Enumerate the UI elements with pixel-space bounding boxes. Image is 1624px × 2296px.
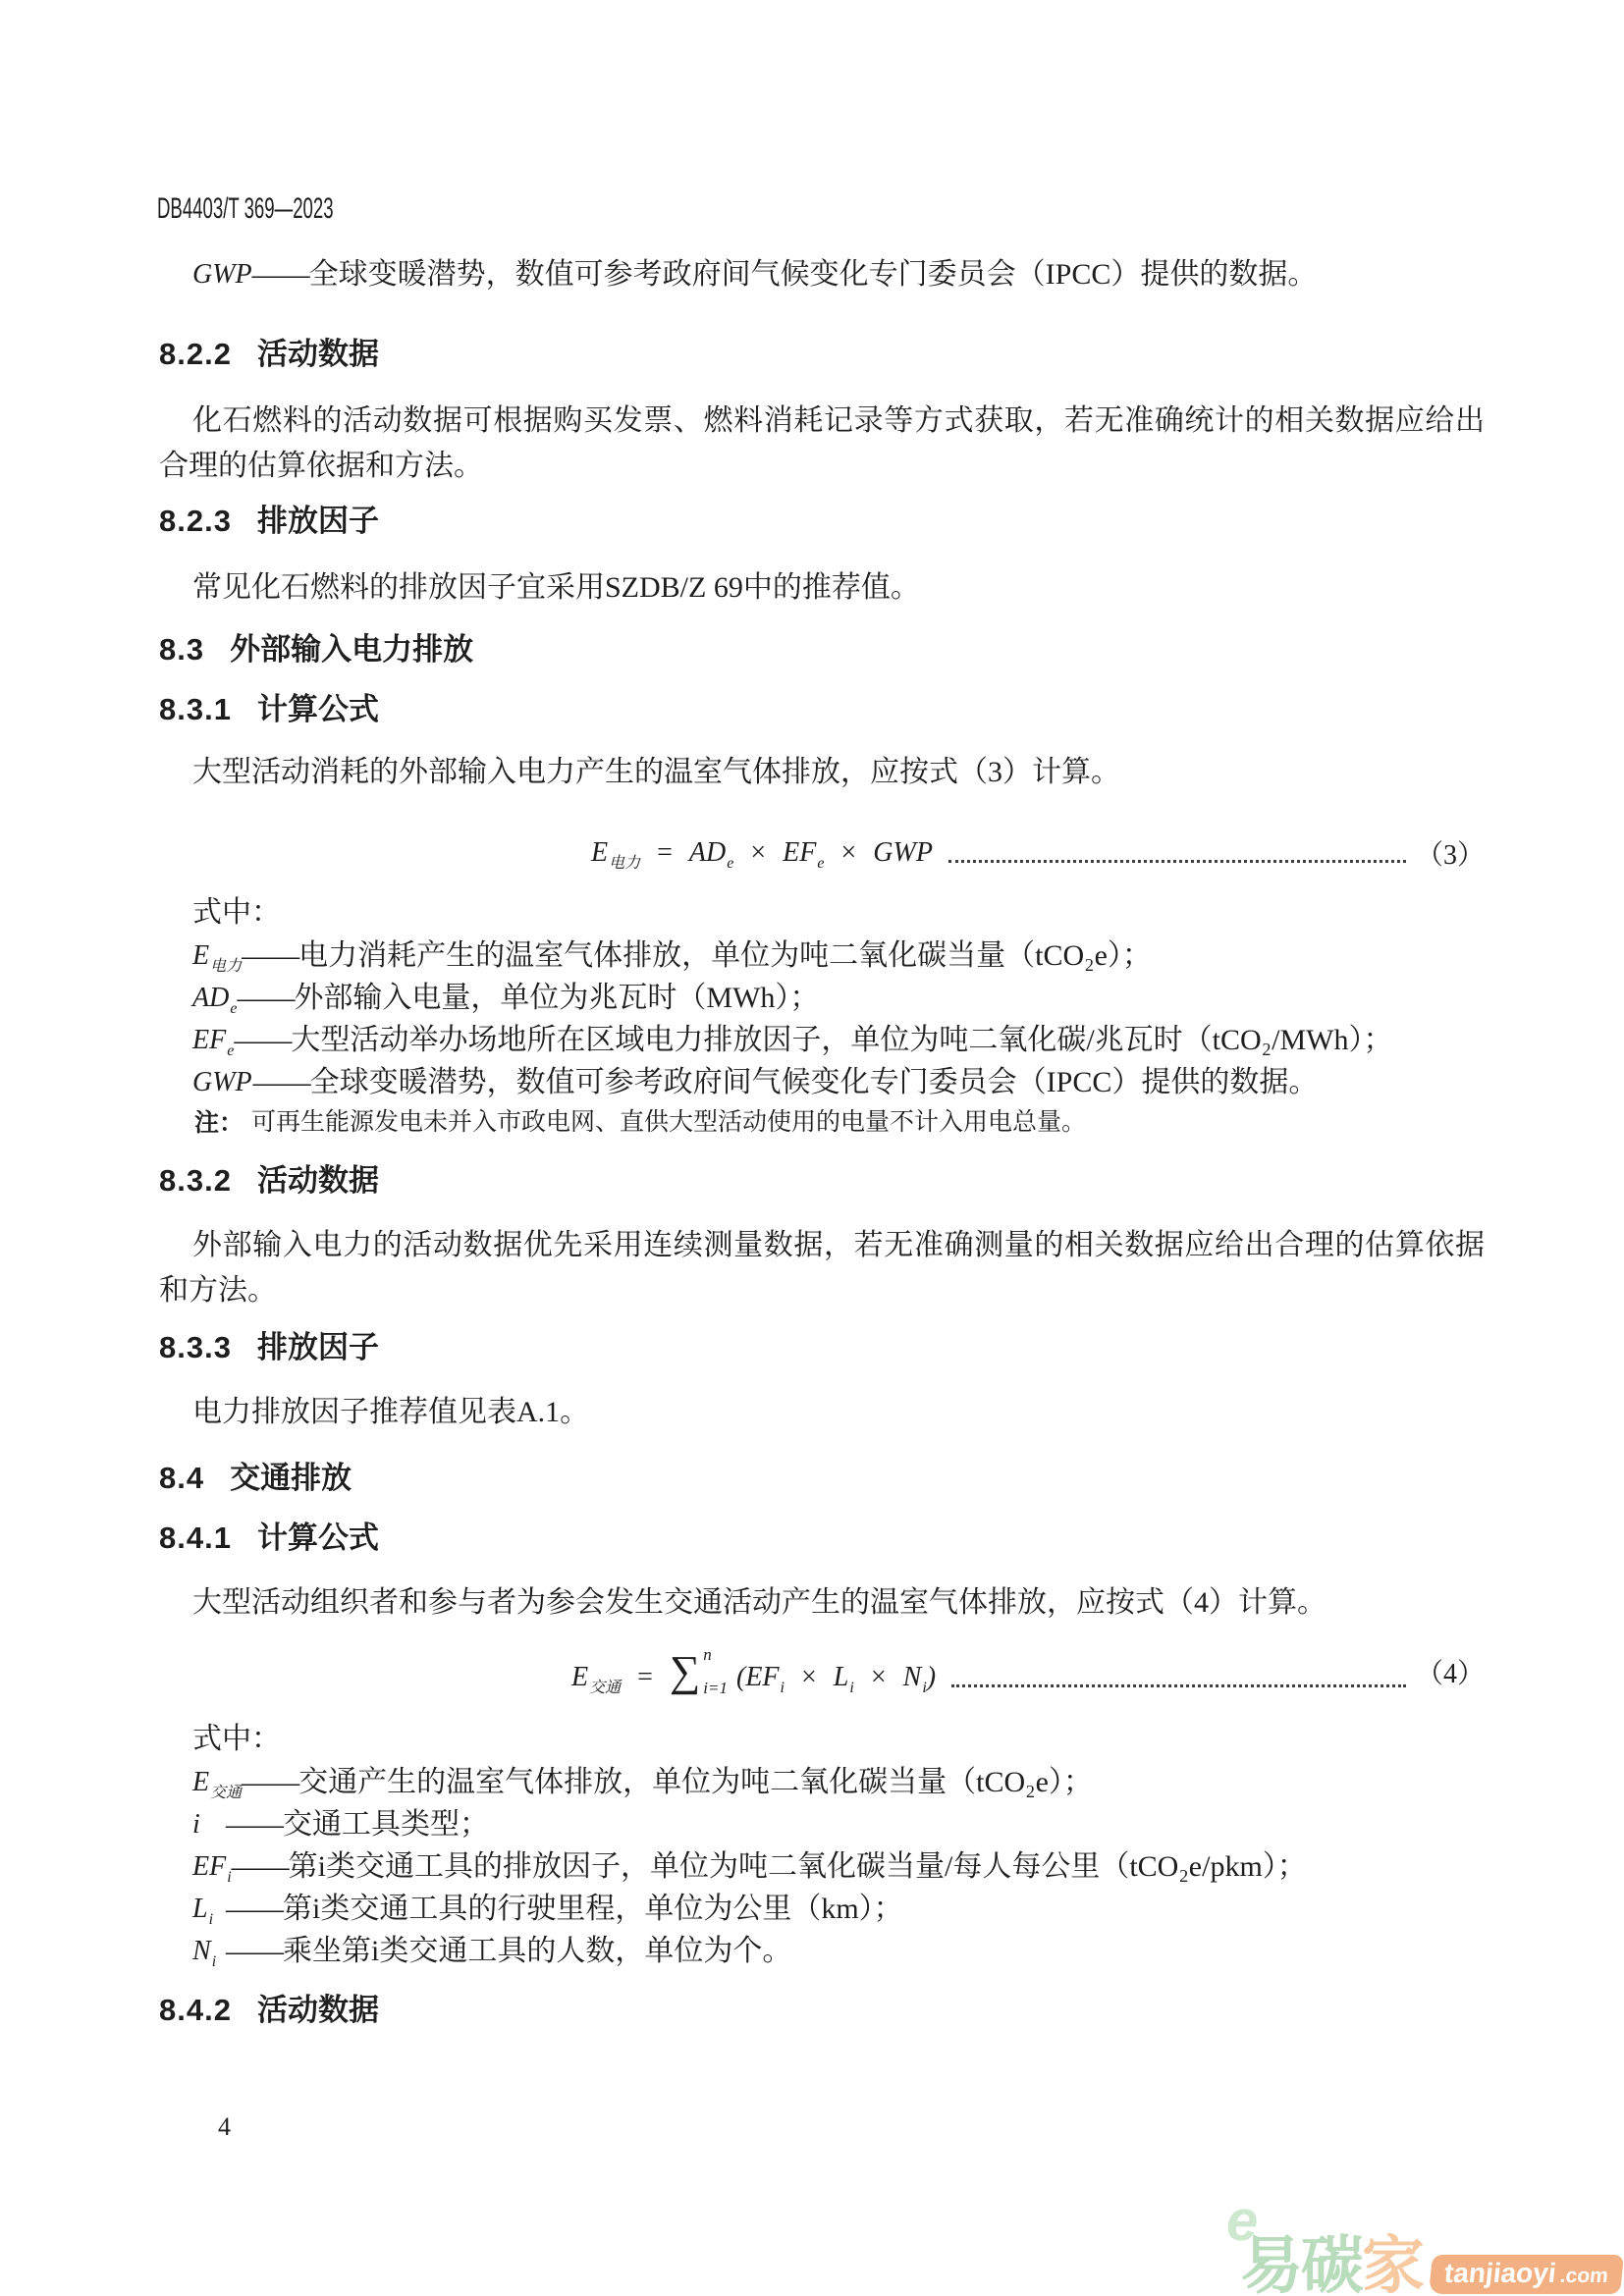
term-dash: —— (234, 1019, 291, 1061)
standard-number: DB4403/T 369—2023 (157, 192, 334, 226)
heading-number: 8.4 (159, 1461, 204, 1495)
eq3-term2-sub: e (817, 855, 824, 872)
heading-number: 8.3.1 (159, 692, 232, 726)
symbol-ad-e: AD (192, 983, 229, 1013)
paragraph-8-3-3: 电力排放因子推荐值见表A.1。 (159, 1390, 1485, 1435)
term-symbol: Li (192, 1888, 226, 1930)
term-description: 全球变暖潜势，数值可参考政府间气候变化专门委员会（IPCC）提供的数据。 (309, 253, 1485, 296)
term-description: 第i类交通工具的行驶里程，单位为公里（km）； (283, 1888, 1485, 1930)
heading-title: 活动数据 (257, 337, 379, 371)
term-description: 大型活动举办场地所在区域电力排放因子，单位为吨二氧化碳/兆瓦时（tCO₂/MWh… (291, 1019, 1485, 1061)
term-symbol: E交通 (192, 1761, 242, 1803)
heading-number: 8.2.3 (159, 504, 232, 538)
equation-3: E电力 = ADe × EFe × GWP (591, 837, 933, 869)
term-dash: —— (226, 1930, 283, 1972)
term-symbol: EFe (192, 1019, 234, 1061)
section-heading-8-3-3: 8.3.3排放因子 (159, 1331, 1485, 1364)
note: 注： 可再生能源发电未并入市政电网、直供大型活动使用的电量不计入用电总量。 (159, 1105, 1485, 1141)
symbol-sub: i (212, 1953, 216, 1970)
equals-sign: = (657, 837, 673, 868)
heading-title: 交通排放 (230, 1461, 352, 1495)
term-row: E电力 —— 电力消耗产生的温室气体排放，单位为吨二氧化碳当量（tCO₂e）； (159, 934, 1485, 977)
heading-title: 活动数据 (257, 1163, 379, 1198)
dotted-leader (951, 1669, 1406, 1687)
paragraph-8-3-1: 大型活动消耗的外部输入电力产生的温室气体排放，应按式（3）计算。 (159, 750, 1485, 795)
watermark-site-name: tanjiaoyi (1442, 2258, 1557, 2288)
term-symbol: GWP (192, 1061, 253, 1103)
dotted-leader (948, 844, 1406, 863)
equation-number-4: （4） (1416, 1652, 1485, 1691)
term-description: 电力消耗产生的温室气体排放，单位为吨二氧化碳当量（tCO₂e）； (298, 934, 1485, 977)
section-heading-8-4: 8.4交通排放 (159, 1461, 1485, 1496)
watermark-cn-orange: 家 (1362, 2230, 1423, 2296)
term-description: 第i类交通工具的排放因子，单位为吨二氧化碳当量/每人每公里（tCO₂e/pkm）… (289, 1845, 1485, 1888)
times-sign: × (840, 837, 856, 868)
heading-number: 8.3.2 (159, 1163, 232, 1198)
eq4-f2: L (834, 1662, 849, 1692)
paragraph-8-2-2: 化石燃料的活动数据可根据购买发票、燃料消耗记录等方式获取，若无准确统计的相关数据… (159, 399, 1485, 489)
times-sign: × (871, 1662, 887, 1692)
eq4-f3: N (903, 1662, 922, 1692)
sigma-limits: n i=1 (703, 1645, 728, 1698)
eq3-term1-sub: e (727, 855, 733, 872)
section-heading-8-3-1: 8.3.1计算公式 (159, 693, 1485, 726)
eq3-lhs: E (591, 837, 608, 868)
eq3-term2: EF (783, 837, 816, 868)
term-dash: —— (242, 1761, 298, 1803)
heading-title: 计算公式 (257, 1521, 379, 1555)
symbol-sub: 交通 (210, 1785, 242, 1801)
term-row-gwp-top: GWP —— 全球变暖潜势，数值可参考政府间气候变化专门委员会（IPCC）提供的… (159, 253, 1485, 296)
symbol-sub: 电力 (210, 958, 242, 975)
term-description: 全球变暖潜势，数值可参考政府间气候变化专门委员会（IPCC）提供的数据。 (310, 1061, 1485, 1103)
open-paren: ( (736, 1662, 745, 1692)
section-heading-8-4-2: 8.4.2活动数据 (159, 1994, 1485, 2027)
heading-number: 8.2.2 (159, 337, 232, 371)
symbol-n-i: N (192, 1936, 211, 1966)
symbol-gwp: GWP (192, 1067, 252, 1097)
eq4-f2-sub: i (849, 1680, 853, 1696)
heading-number: 8.3 (159, 632, 204, 667)
term-description: 外部输入电量，单位为兆瓦时（MWh）； (294, 977, 1485, 1019)
page-number: 4 (218, 2112, 231, 2142)
heading-title: 排放因子 (257, 1330, 379, 1364)
term-dash: —— (253, 1061, 310, 1103)
times-sign: × (750, 837, 766, 868)
summation-symbol: ∑ n i=1 (670, 1645, 728, 1698)
term-description: 交通产生的温室气体排放，单位为吨二氧化碳当量（tCO₂e）； (298, 1761, 1485, 1803)
term-symbol: E电力 (192, 934, 242, 977)
section-heading-8-4-1: 8.4.1计算公式 (159, 1522, 1485, 1555)
symbol-e-power: E (192, 940, 209, 971)
times-sign: × (801, 1662, 817, 1692)
term-symbol: ADe (192, 977, 237, 1019)
term-row: EFi —— 第i类交通工具的排放因子，单位为吨二氧化碳当量/每人每公里（tCO… (159, 1845, 1485, 1888)
formula-3: E电力 = ADe × EFe × GWP （3） (159, 828, 1485, 878)
eq4-lhs: E (571, 1662, 588, 1692)
eq4-f1: EF (745, 1662, 779, 1692)
sigma-glyph: ∑ (670, 1650, 700, 1693)
eq4-f1-sub: i (781, 1680, 785, 1696)
note-text: 可再生能源发电未并入市政电网、直供大型活动使用的电量不计入用电总量。 (251, 1105, 1086, 1141)
paragraph-8-3-2: 外部输入电力的活动数据优先采用连续测量数据，若无准确测量的相关数据应给出合理的估… (159, 1223, 1485, 1313)
eq3-lhs-sub: 电力 (609, 855, 640, 872)
watermark-logo: e 易碳家 tanjiaoyi .com (1240, 2236, 1622, 2296)
symbol-ef-e: EF (192, 1025, 226, 1055)
symbol-sub: i (209, 1911, 213, 1928)
term-description: 乘坐第i类交通工具的人数，单位为个。 (283, 1930, 1485, 1972)
where-label: 式中： (159, 1718, 1485, 1761)
watermark-cn: 易碳家 (1240, 2236, 1423, 2296)
heading-number: 8.4.2 (159, 1993, 232, 2027)
term-description: 交通工具类型； (283, 1803, 1485, 1845)
eq3-term1: AD (689, 837, 726, 868)
sigma-upper-limit: n (703, 1646, 728, 1664)
heading-title: 外部输入电力排放 (230, 632, 473, 667)
watermark-cn-green: 易碳 (1240, 2230, 1362, 2296)
term-symbol: i (192, 1803, 226, 1845)
term-symbol: GWP (192, 253, 252, 296)
section-heading-8-3-2: 8.3.2活动数据 (159, 1164, 1485, 1198)
heading-title: 排放因子 (257, 504, 379, 538)
heading-number: 8.4.1 (159, 1521, 232, 1555)
note-label: 注： (194, 1105, 244, 1141)
watermark-site-tld: .com (1559, 2265, 1609, 2287)
paragraph-8-2-3: 常见化石燃料的排放因子宜采用SZDB/Z 69中的推荐值。 (159, 565, 1485, 611)
heading-title: 计算公式 (257, 692, 379, 726)
section-heading-8-2-2: 8.2.2活动数据 (159, 338, 1485, 371)
equation-number-3: （3） (1416, 833, 1485, 873)
section-heading-8-3: 8.3外部输入电力排放 (159, 632, 1485, 667)
term-row: GWP —— 全球变暖潜势，数值可参考政府间气候变化专门委员会（IPCC）提供的… (159, 1061, 1485, 1103)
term-row: Ni —— 乘坐第i类交通工具的人数，单位为个。 (159, 1930, 1485, 1972)
paragraph-8-4-1: 大型活动组织者和参与者为参会发生交通活动产生的温室气体排放，应按式（4）计算。 (159, 1580, 1485, 1626)
term-row: EFe —— 大型活动举办场地所在区域电力排放因子，单位为吨二氧化碳/兆瓦时（t… (159, 1019, 1485, 1061)
section-heading-8-2-3: 8.2.3排放因子 (159, 505, 1485, 538)
term-dash: —— (226, 1803, 283, 1845)
term-symbol: EFi (192, 1845, 232, 1888)
term-dash: —— (237, 977, 294, 1019)
watermark-swirl-icon: e (1226, 2193, 1258, 2250)
eq4-lhs-sub: 交通 (589, 1680, 621, 1696)
document-page: DB4403/T 369—2023 GWP —— 全球变暖潜势，数值可参考政府间… (0, 0, 1624, 2296)
symbol-i: i (192, 1809, 200, 1840)
where-label: 式中： (159, 891, 1485, 934)
symbol-e-traffic: E (192, 1767, 209, 1797)
term-row: E交通 —— 交通产生的温室气体排放，单位为吨二氧化碳当量（tCO₂e）； (159, 1761, 1485, 1803)
term-dash: —— (252, 253, 309, 296)
eq3-term3: GWP (873, 837, 933, 868)
term-symbol: Ni (192, 1930, 226, 1972)
formula-4: E交通 = ∑ n i=1 (EFi × Li × Ni) （4） (159, 1641, 1485, 1702)
term-row: i —— 交通工具类型； (159, 1803, 1485, 1845)
close-paren: ) (927, 1662, 936, 1692)
heading-number: 8.3.3 (159, 1330, 232, 1364)
term-dash: —— (226, 1888, 283, 1930)
heading-title: 活动数据 (257, 1993, 379, 2027)
term-row: Li —— 第i类交通工具的行驶里程，单位为公里（km）； (159, 1888, 1485, 1930)
symbol-ef-i: EF (192, 1851, 226, 1882)
equation-4: E交通 = ∑ n i=1 (EFi × Li × Ni) (571, 1645, 936, 1698)
equals-sign: = (637, 1662, 653, 1692)
term-dash: —— (242, 934, 298, 977)
document-body: GWP —— 全球变暖潜势，数值可参考政府间气候变化专门委员会（IPCC）提供的… (159, 253, 1485, 2027)
term-row: ADe —— 外部输入电量，单位为兆瓦时（MWh）； (159, 977, 1485, 1019)
symbol-l-i: L (192, 1894, 208, 1924)
symbol-gwp: GWP (192, 259, 252, 290)
sigma-lower-limit: i=1 (703, 1680, 728, 1697)
term-dash: —— (232, 1845, 289, 1888)
watermark-badge: tanjiaoyi .com (1429, 2255, 1624, 2294)
